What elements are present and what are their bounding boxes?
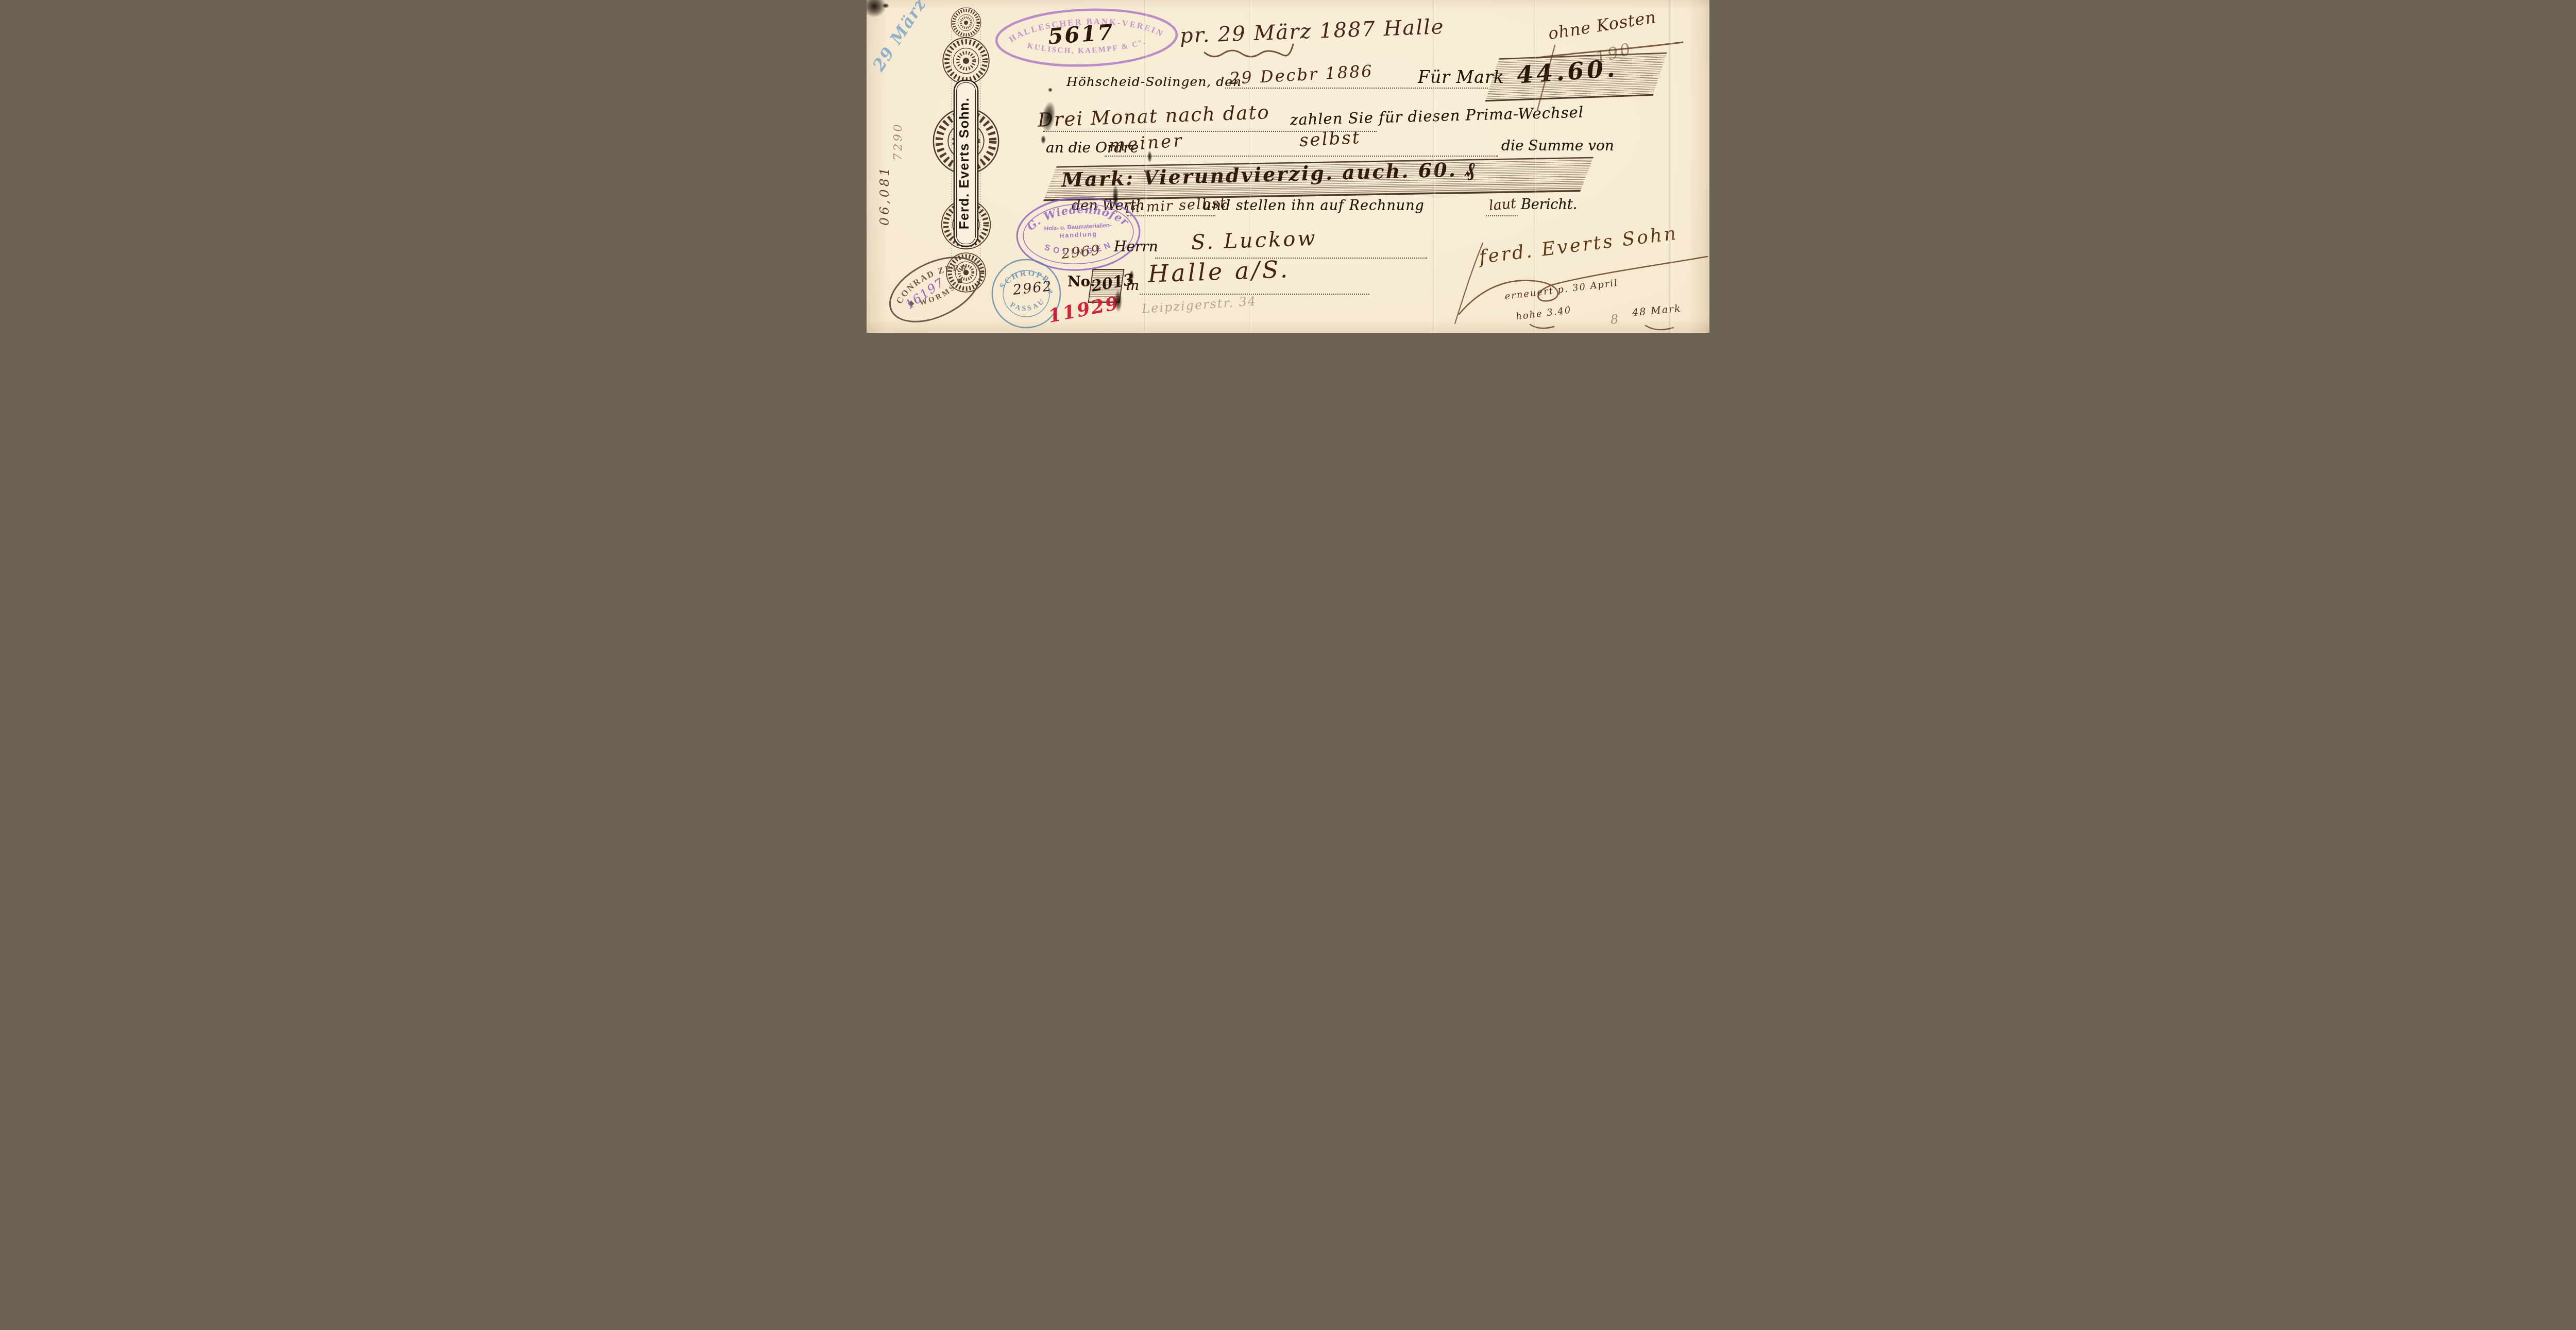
- ink-blot: [1048, 88, 1053, 92]
- herrn-label: Herrn: [1114, 238, 1158, 255]
- renewal-note: erneuert p. 30 April: [1504, 278, 1619, 302]
- ink-blot: [1112, 184, 1118, 209]
- term-handwriting: Drei Monat nach dato: [1037, 101, 1270, 131]
- ink-blot: [1129, 270, 1134, 281]
- drawer-signature: ferd. Everts Sohn: [1478, 223, 1679, 268]
- place-date-label: Höhscheid-Solingen, den: [1066, 74, 1242, 89]
- due-date-note: pr. 29 März 1887 Halle: [1179, 15, 1445, 48]
- drawee-city: Halle a/S.: [1147, 255, 1291, 288]
- printed-account-clause: und stellen ihn auf Rechnung: [1202, 198, 1425, 214]
- amount-note: 48 Mark: [1632, 303, 1682, 318]
- vignette-medallion-top: [951, 8, 981, 38]
- laut-dotted-rule: [1486, 214, 1518, 216]
- wechsel-document: Ferd. Everts Sohn. 29 März 7290 06,081 H…: [867, 0, 1709, 333]
- amount-note-underline: [1646, 326, 1673, 330]
- printed-pay-clause: zahlen Sie für diesen Prima-Wechsel: [1290, 104, 1584, 129]
- payee-handwriting: meiner: [1108, 130, 1184, 156]
- drawee-name: S. Luckow: [1191, 227, 1317, 255]
- ink-blot: [1114, 289, 1122, 312]
- ink-blot: [1041, 135, 1046, 144]
- fee-note: hohe 3.40: [1515, 304, 1572, 322]
- margin-pencil-number: 7290: [891, 122, 905, 161]
- issue-date: 29 Decbr 1886: [1229, 61, 1374, 89]
- fee-underline: [1530, 325, 1554, 328]
- order-dotted-rule: [1105, 155, 1498, 157]
- printed-report-label: Bericht.: [1521, 197, 1577, 213]
- svg-text:PASSAU: PASSAU: [1008, 296, 1048, 315]
- schropp-bottom-text: PASSAU: [1008, 296, 1048, 315]
- laut-handwriting: laut: [1488, 196, 1517, 214]
- bank-entry-number: 5617: [1047, 20, 1115, 49]
- corner-smudge: [867, 0, 886, 18]
- wiedenhofer-trade-line2: Handlung: [1059, 230, 1097, 240]
- margin-ink-number: 06,081: [877, 165, 892, 226]
- no-costs-note: ohne Kosten: [1547, 7, 1657, 44]
- ink-blot: [1147, 150, 1152, 163]
- ink-speck: [882, 3, 889, 8]
- vignette-firm-name: Ferd. Everts Sohn.: [956, 97, 972, 230]
- payee-self-handwriting: selbst: [1299, 127, 1361, 151]
- vignette-rosette-upper: [943, 38, 989, 84]
- pencil-eight-note: 8: [1610, 312, 1619, 327]
- wiedenhofer-trade-line1: Holz- u. Baumaterialien-: [1044, 223, 1112, 232]
- street-pencil-note: Leipzigerstr. 34: [1141, 294, 1257, 316]
- printed-sum-label: die Summe von: [1501, 137, 1614, 154]
